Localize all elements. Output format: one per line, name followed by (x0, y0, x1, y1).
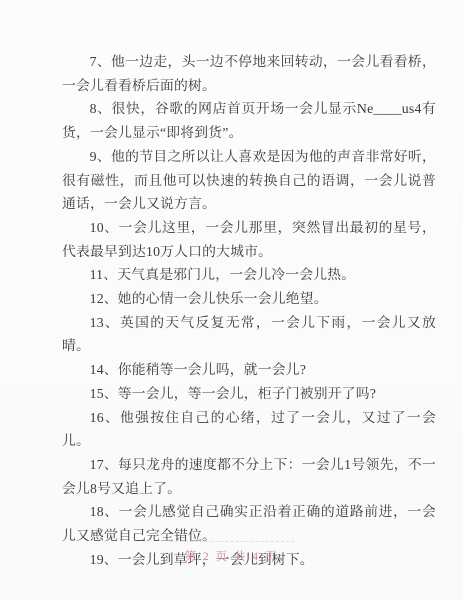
document-page: 7、他一边走，头一边不停地来回转动，一会儿看看桥，一会儿看看桥后面的树。8、很快… (0, 0, 463, 600)
list-item: 16、他强按住自己的心绪，过了一会儿，又过了一会儿。 (62, 406, 436, 453)
list-item: 17、每只龙舟的速度都不分上下：一会儿1号领先，不一会儿8号又追上了。 (62, 453, 436, 500)
list-item: 14、你能稍等一会儿吗，就一会儿? (62, 358, 436, 382)
list-item: 15、等一会儿，等一会儿，柜子门被别开了吗? (62, 382, 436, 406)
page-number: 第 2 页 共 4 页 (0, 548, 463, 564)
list-item: 13、英国的天气反复无常，一会儿下雨，一会儿又放晴。 (62, 311, 436, 358)
list-item: 11、天气真是邪门儿，一会儿冷一会儿热。 (62, 263, 436, 287)
list-item: 8、很快，谷歌的网店首页开场一会儿显示Ne____us4有货，一会儿显示“即将到… (62, 97, 436, 144)
list-item: 10、一会儿这里，一会儿那里，突然冒出最初的星号，代表最早到达10万人口的大城市… (62, 216, 436, 263)
sentence-list: 7、他一边走，头一边不停地来回转动，一会儿看看桥，一会儿看看桥后面的树。8、很快… (62, 50, 436, 571)
list-item: 12、她的心情一会儿快乐一会儿绝望。 (62, 287, 436, 311)
list-item: 9、他的节目之所以让人喜欢是因为他的声音非常好听，很有磁性，而且他可以快速的转换… (62, 145, 436, 216)
page-footer: 第 2 页 共 4 页 (0, 541, 463, 564)
list-item: 7、他一边走，头一边不停地来回转动，一会儿看看桥，一会儿看看桥后面的树。 (62, 50, 436, 97)
footer-divider (170, 541, 294, 542)
